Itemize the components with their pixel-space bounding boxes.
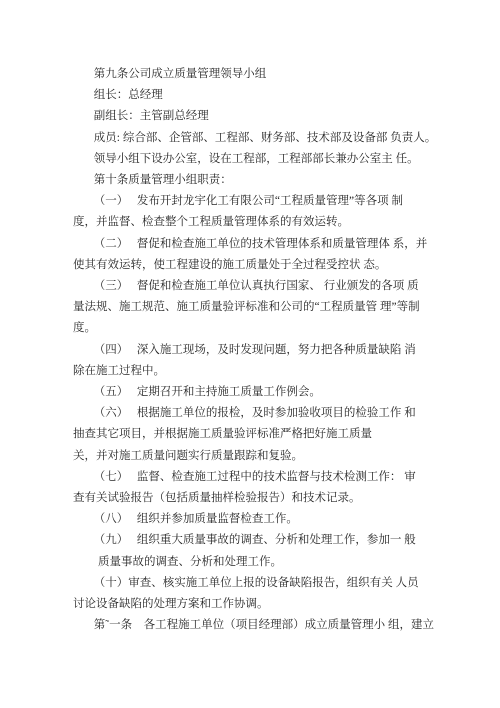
document-line-10: 使其有效运转，使工程建设的施工质量处于全过程受控状 态。 bbox=[73, 255, 444, 276]
document-page: 第九条公司成立质量管理领导小组组长：总经理副组长：主管副总经理成员: 综合部、企… bbox=[0, 0, 500, 708]
document-line-11: （三） 督促和检查施工单位认真执行国家、 行业颁发的各项 质 bbox=[73, 276, 444, 297]
document-line-7: （一） 发布开封龙宇化工有限公司“工程质量管理”等各项 制 bbox=[73, 191, 444, 212]
document-line-1: 第九条公司成立质量管理领导小组 bbox=[73, 64, 444, 85]
document-line-22: （八） 组织并参加质量监督检查工作。 bbox=[73, 509, 444, 530]
document-line-21: 查有关试验报告（包括质量抽样检验报告）和技术记录。 bbox=[73, 488, 444, 509]
document-line-15: 除在施工过程中。 bbox=[73, 361, 444, 382]
document-line-16: （五） 定期召开和主持施工质量工作例会。 bbox=[73, 382, 444, 403]
document-line-14: （四） 深入施工现场，及时发现问题，努力把各种质量缺陷 消 bbox=[73, 340, 444, 361]
document-line-19: 关，并对施工质量问题实行质量跟踪和复验。 bbox=[73, 446, 444, 467]
document-line-12: 量法规、施工规范、施工质量验评标准和公司的“工程质量管 理”等制 bbox=[73, 297, 444, 318]
document-line-5: 领导小组下设办公室，设在工程部，工程部部长兼办公室主 任。 bbox=[73, 149, 444, 170]
document-body: 第九条公司成立质量管理领导小组组长：总经理副组长：主管副总经理成员: 综合部、企… bbox=[0, 0, 500, 636]
document-line-25: （十）审查、核实施工单位上报的设备缺陷报告，组织有关 人员 bbox=[73, 573, 444, 594]
document-line-18: 抽查其它项目，并根据施工质量验评标准严格把好施工质量 bbox=[73, 424, 444, 445]
document-line-2: 组长：总经理 bbox=[73, 85, 444, 106]
document-line-20: （七） 监督、检查施工过程中的技术监督与技术检测工作： 审 bbox=[73, 467, 444, 488]
document-line-23: （九） 组织重大质量事故的调查、分析和处理工作，参加一 般 bbox=[73, 530, 444, 551]
document-line-8: 度，并监督、检查整个工程质量管理体系的有效运转。 bbox=[73, 212, 444, 233]
document-line-27: 第˜一条 各工程施工单位（项目经理部）成立质量管理小 组，建立 bbox=[73, 615, 444, 636]
document-line-13: 度。 bbox=[73, 318, 444, 339]
document-line-6: 第十条质量管理小组职责： bbox=[73, 170, 444, 191]
document-line-26: 讨论设备缺陷的处理方案和工作协调。 bbox=[73, 594, 444, 615]
document-line-17: （六） 根据施工单位的报检，及时参加验收项目的检验工作 和 bbox=[73, 403, 444, 424]
document-line-9: （二） 督促和检查施工单位的技术管理体系和质量管理体 系，并 bbox=[73, 234, 444, 255]
document-line-4: 成员: 综合部、企管部、工程部、财务部、技术部及设备部 负责人。 bbox=[73, 128, 444, 149]
document-line-24: 质量事故的调查、分析和处理工作。 bbox=[73, 552, 444, 573]
document-line-3: 副组长：主管副总经理 bbox=[73, 106, 444, 127]
